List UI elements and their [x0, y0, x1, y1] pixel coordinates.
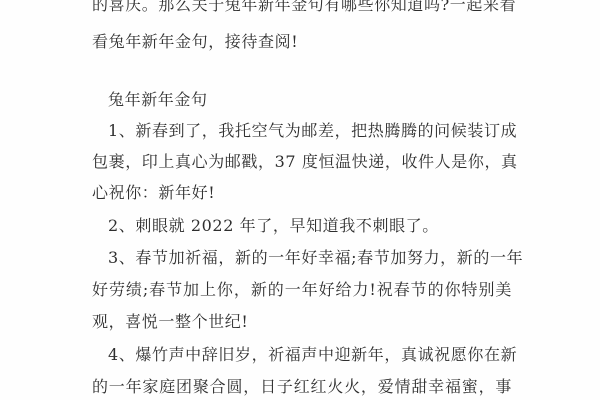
intro-line-2: 看兔年新年金句，接待查阅! [92, 32, 512, 52]
item-3-line-3: 观，喜悦一整个世纪! [92, 312, 512, 332]
intro-line-1: 的喜庆。那么关于兔年新年金句有哪些你知道吗?一起来看 [92, 0, 512, 15]
item-1-line-1: 1、新春到了，我托空气为邮差，把热腾腾的问候装订成 [108, 121, 512, 141]
item-2-line-1: 2、刺眼就 2022 年了，早知道我不刺眼了。 [108, 216, 512, 236]
item-3-line-1: 3、春节加祈福，新的一年好幸福;春节加努力，新的一年 [108, 248, 512, 268]
item-1-line-2: 包裹，印上真心为邮戳，37 度恒温快递，收件人是你，真 [92, 152, 512, 172]
section-title: 兔年新年金句 [108, 90, 512, 110]
item-4-line-2: 的一年家庭团聚合圆，日子红红火火，爱情甜幸福蜜，事 [92, 377, 512, 397]
item-1-line-3: 心祝你：新年好! [92, 183, 512, 203]
document-page: 的喜庆。那么关于兔年新年金句有哪些你知道吗?一起来看 看兔年新年金句，接待查阅!… [0, 0, 600, 400]
item-3-line-2: 好劳绩;春节加上你，新的一年好给力!祝春节的你特别美 [92, 280, 512, 300]
item-4-line-1: 4、爆竹声中辞旧岁，祈福声中迎新年，真诚祝愿你在新 [108, 345, 512, 365]
